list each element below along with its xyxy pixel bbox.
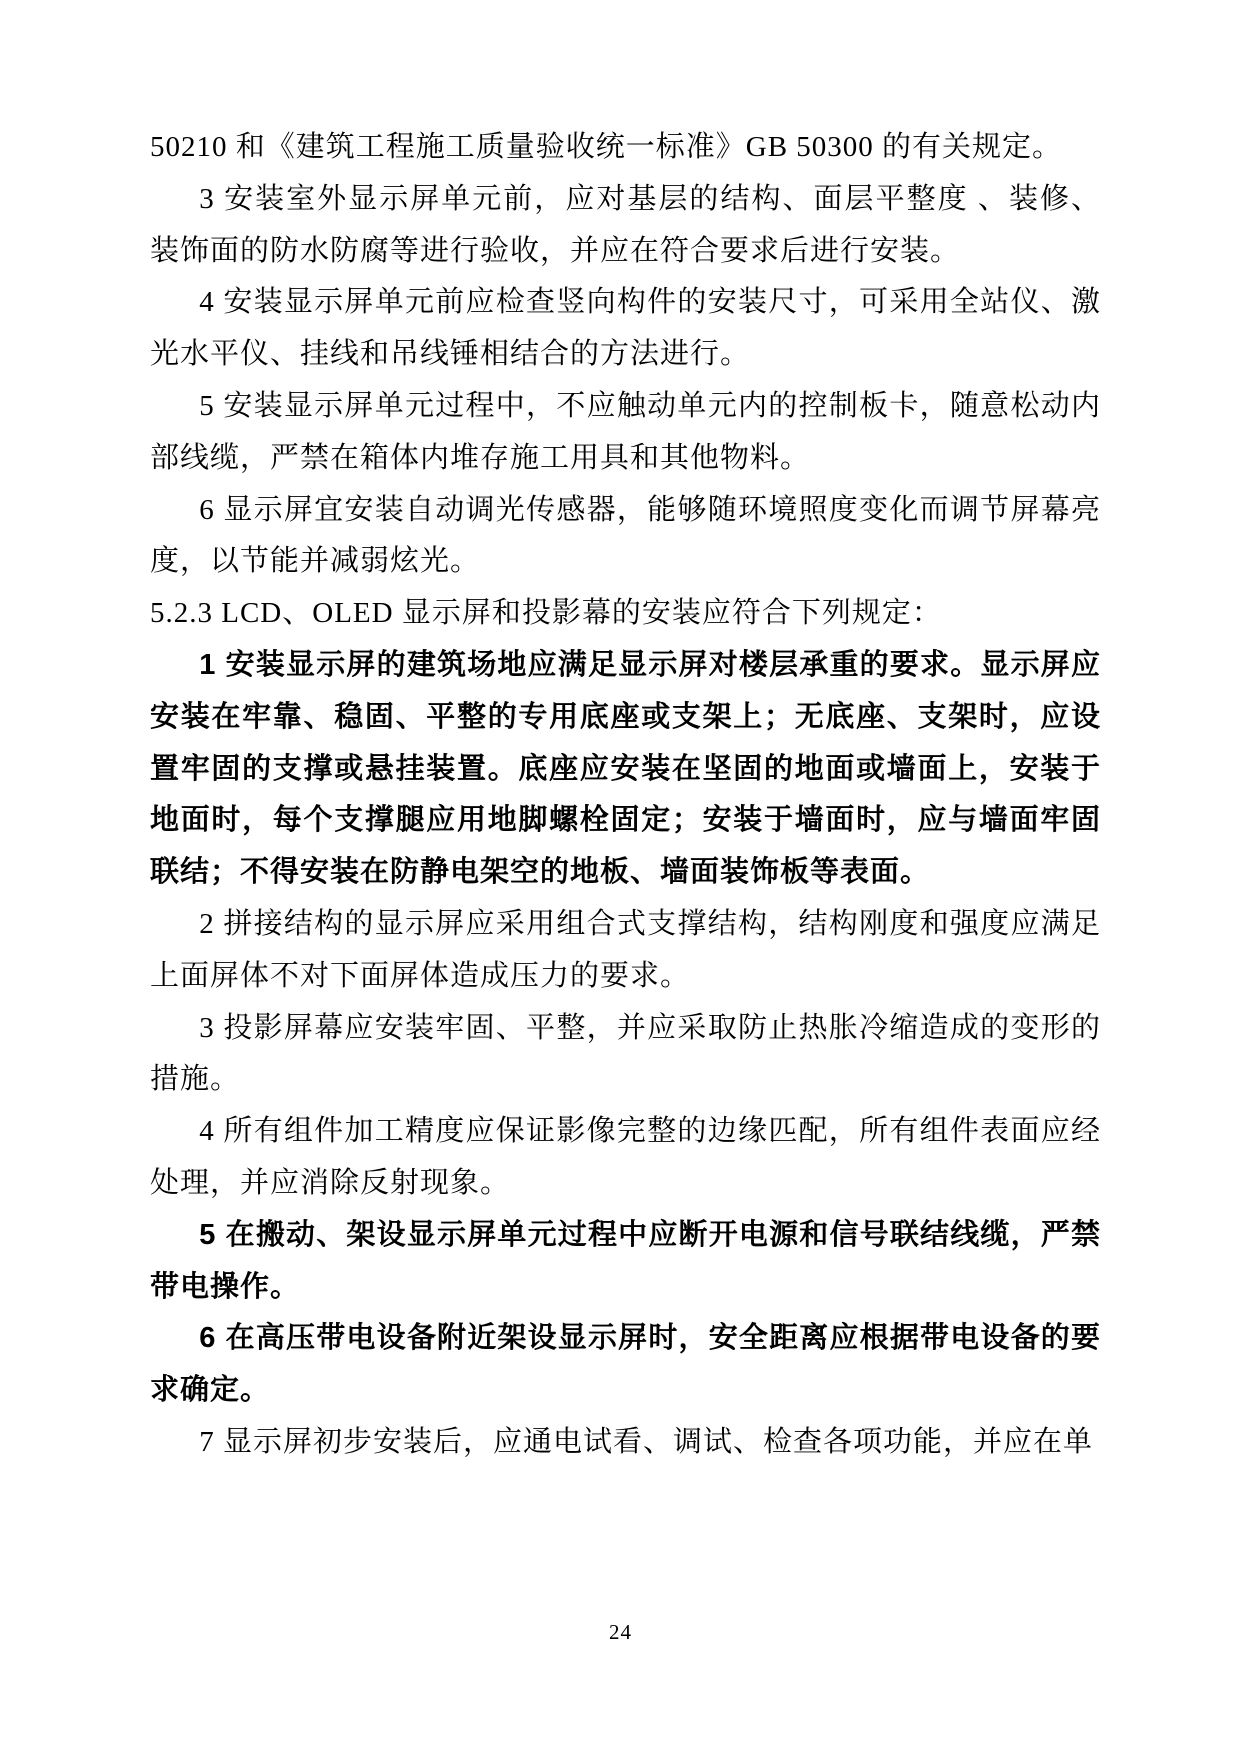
clause-5-2-3-item-4: 4 所有组件加工精度应保证影像完整的边缘匹配，所有组件表面应经处理，并应消除反射… [150, 1106, 1101, 1210]
clause-5-2-3-item-2: 2 拼接结构的显示屏应采用组合式支撑结构，结构刚度和强度应满足上面屏体不对下面屏… [150, 899, 1101, 1003]
clause-5-2-3-item-5: 5 在搬动、架设显示屏单元过程中应断开电源和信号联结线缆，严禁带电操作。 [150, 1210, 1101, 1314]
clause-item-6: 6 显示屏宜安装自动调光传感器，能够随环境照度变化而调节屏幕亮度，以节能并减弱炫… [150, 485, 1101, 589]
clause-5-2-3-item-6: 6 在高压带电设备附近架设显示屏时，安全距离应根据带电设备的要求确定。 [150, 1313, 1101, 1417]
page-number: 24 [0, 1620, 1241, 1645]
clause-5-2-3-heading: 5.2.3 LCD、OLED 显示屏和投影幕的安装应符合下列规定： [150, 588, 1101, 640]
clause-item-5: 5 安装显示屏单元过程中，不应触动单元内的控制板卡，随意松动内部线缆，严禁在箱体… [150, 381, 1101, 485]
clause-5-2-3-item-7: 7 显示屏初步安装后，应通电试看、调试、检查各项功能，并应在单 [150, 1417, 1101, 1469]
clause-5-2-3-item-3: 3 投影屏幕应安装牢固、平整，并应采取防止热胀冷缩造成的变形的措施。 [150, 1003, 1101, 1107]
clause-item-3: 3 安装室外显示屏单元前，应对基层的结构、面层平整度 、装修、装饰面的防水防腐等… [150, 174, 1101, 278]
document-page: 50210 和《建筑工程施工质量验收统一标准》GB 50300 的有关规定。 3… [0, 0, 1241, 1754]
clause-item-4: 4 安装显示屏单元前应检查竖向构件的安装尺寸，可采用全站仪、激光水平仪、挂线和吊… [150, 277, 1101, 381]
clause-5-2-3-item-1: 1 安装显示屏的建筑场地应满足显示屏对楼层承重的要求。显示屏应安装在牢靠、稳固、… [150, 640, 1101, 899]
paragraph-continuation: 50210 和《建筑工程施工质量验收统一标准》GB 50300 的有关规定。 [150, 122, 1101, 174]
